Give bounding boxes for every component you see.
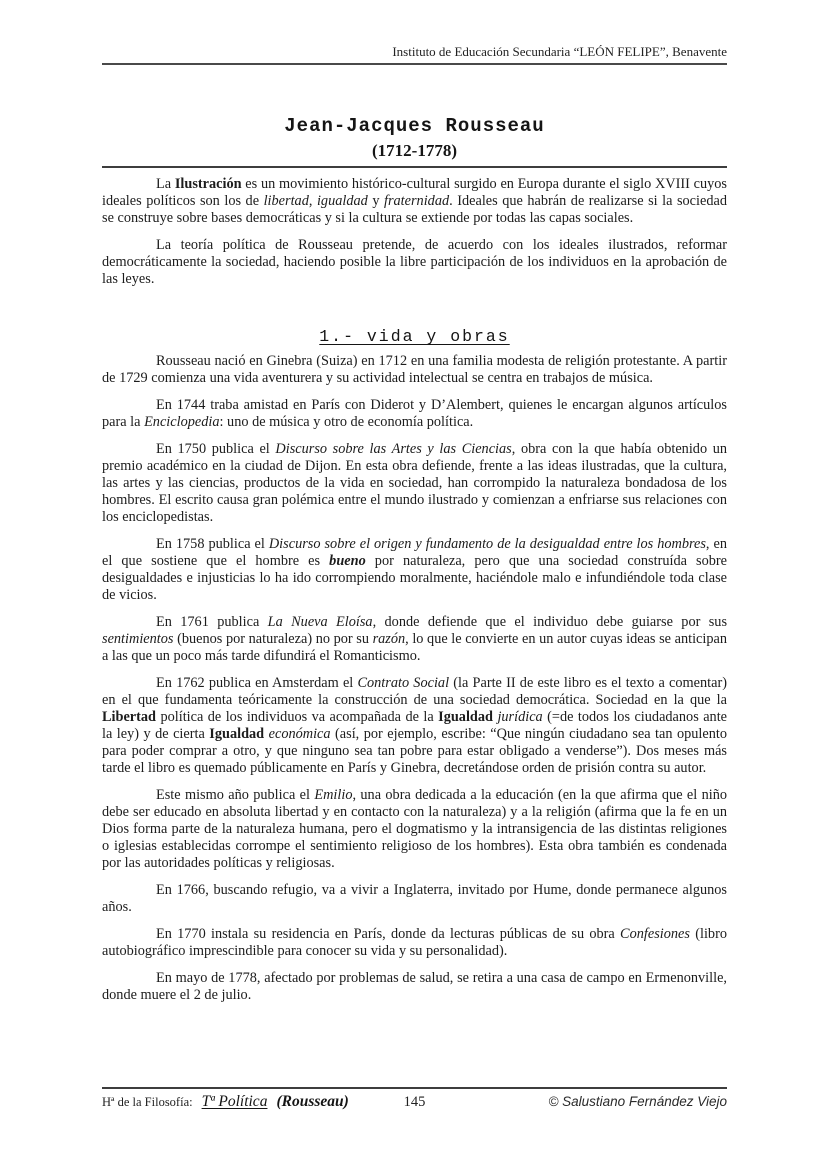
- title-rule: [102, 166, 727, 168]
- page-number: 145: [404, 1094, 426, 1111]
- bio-paragraph-6: En 1762 publica en Amsterdam el Contrato…: [102, 675, 727, 777]
- bio-paragraph-7: Este mismo año publica el Emilio, una ob…: [102, 787, 727, 872]
- footer-course-label: Hª de la Filosofía:: [102, 1095, 193, 1109]
- section-heading: 1.- vida y obras: [102, 328, 727, 345]
- header-rule: [102, 63, 727, 65]
- intro-paragraph-2: La teoría política de Rousseau pretende,…: [102, 237, 727, 288]
- title-years: (1712-1778): [102, 141, 727, 161]
- bio-paragraph-2: En 1744 traba amistad en París con Dider…: [102, 397, 727, 431]
- footer-subject: Tª Política: [202, 1093, 268, 1110]
- bio-paragraph-3: En 1750 publica el Discurso sobre las Ar…: [102, 441, 727, 526]
- page-header: Instituto de Educación Secundaria “LEÓN …: [102, 0, 727, 65]
- document-title: Jean-Jacques Rousseau: [102, 115, 727, 137]
- bio-paragraph-8: En 1766, buscando refugio, va a vivir a …: [102, 882, 727, 916]
- footer-course-info: Hª de la Filosofía: Tª Política (Roussea…: [102, 1093, 404, 1111]
- title-block: Jean-Jacques Rousseau (1712-1778): [102, 115, 727, 168]
- bio-paragraph-9: En 1770 instala su residencia en París, …: [102, 926, 727, 960]
- footer-subject-author: (Rousseau): [276, 1093, 348, 1110]
- page-footer: Hª de la Filosofía: Tª Política (Roussea…: [102, 1087, 727, 1111]
- footer-copyright: © Salustiano Fernández Viejo: [425, 1094, 727, 1109]
- document-body: La Ilustración es un movimiento históric…: [102, 176, 727, 1004]
- document-page: Instituto de Educación Secundaria “LEÓN …: [0, 0, 828, 1171]
- intro-paragraph-1: La Ilustración es un movimiento históric…: [102, 176, 727, 227]
- bio-paragraph-4: En 1758 publica el Discurso sobre el ori…: [102, 536, 727, 604]
- bio-paragraph-5: En 1761 publica La Nueva Eloísa, donde d…: [102, 614, 727, 665]
- bio-paragraph-1: Rousseau nació en Ginebra (Suiza) en 171…: [102, 353, 727, 387]
- bio-paragraph-10: En mayo de 1778, afectado por problemas …: [102, 970, 727, 1004]
- institute-name: Instituto de Educación Secundaria “LEÓN …: [102, 44, 727, 59]
